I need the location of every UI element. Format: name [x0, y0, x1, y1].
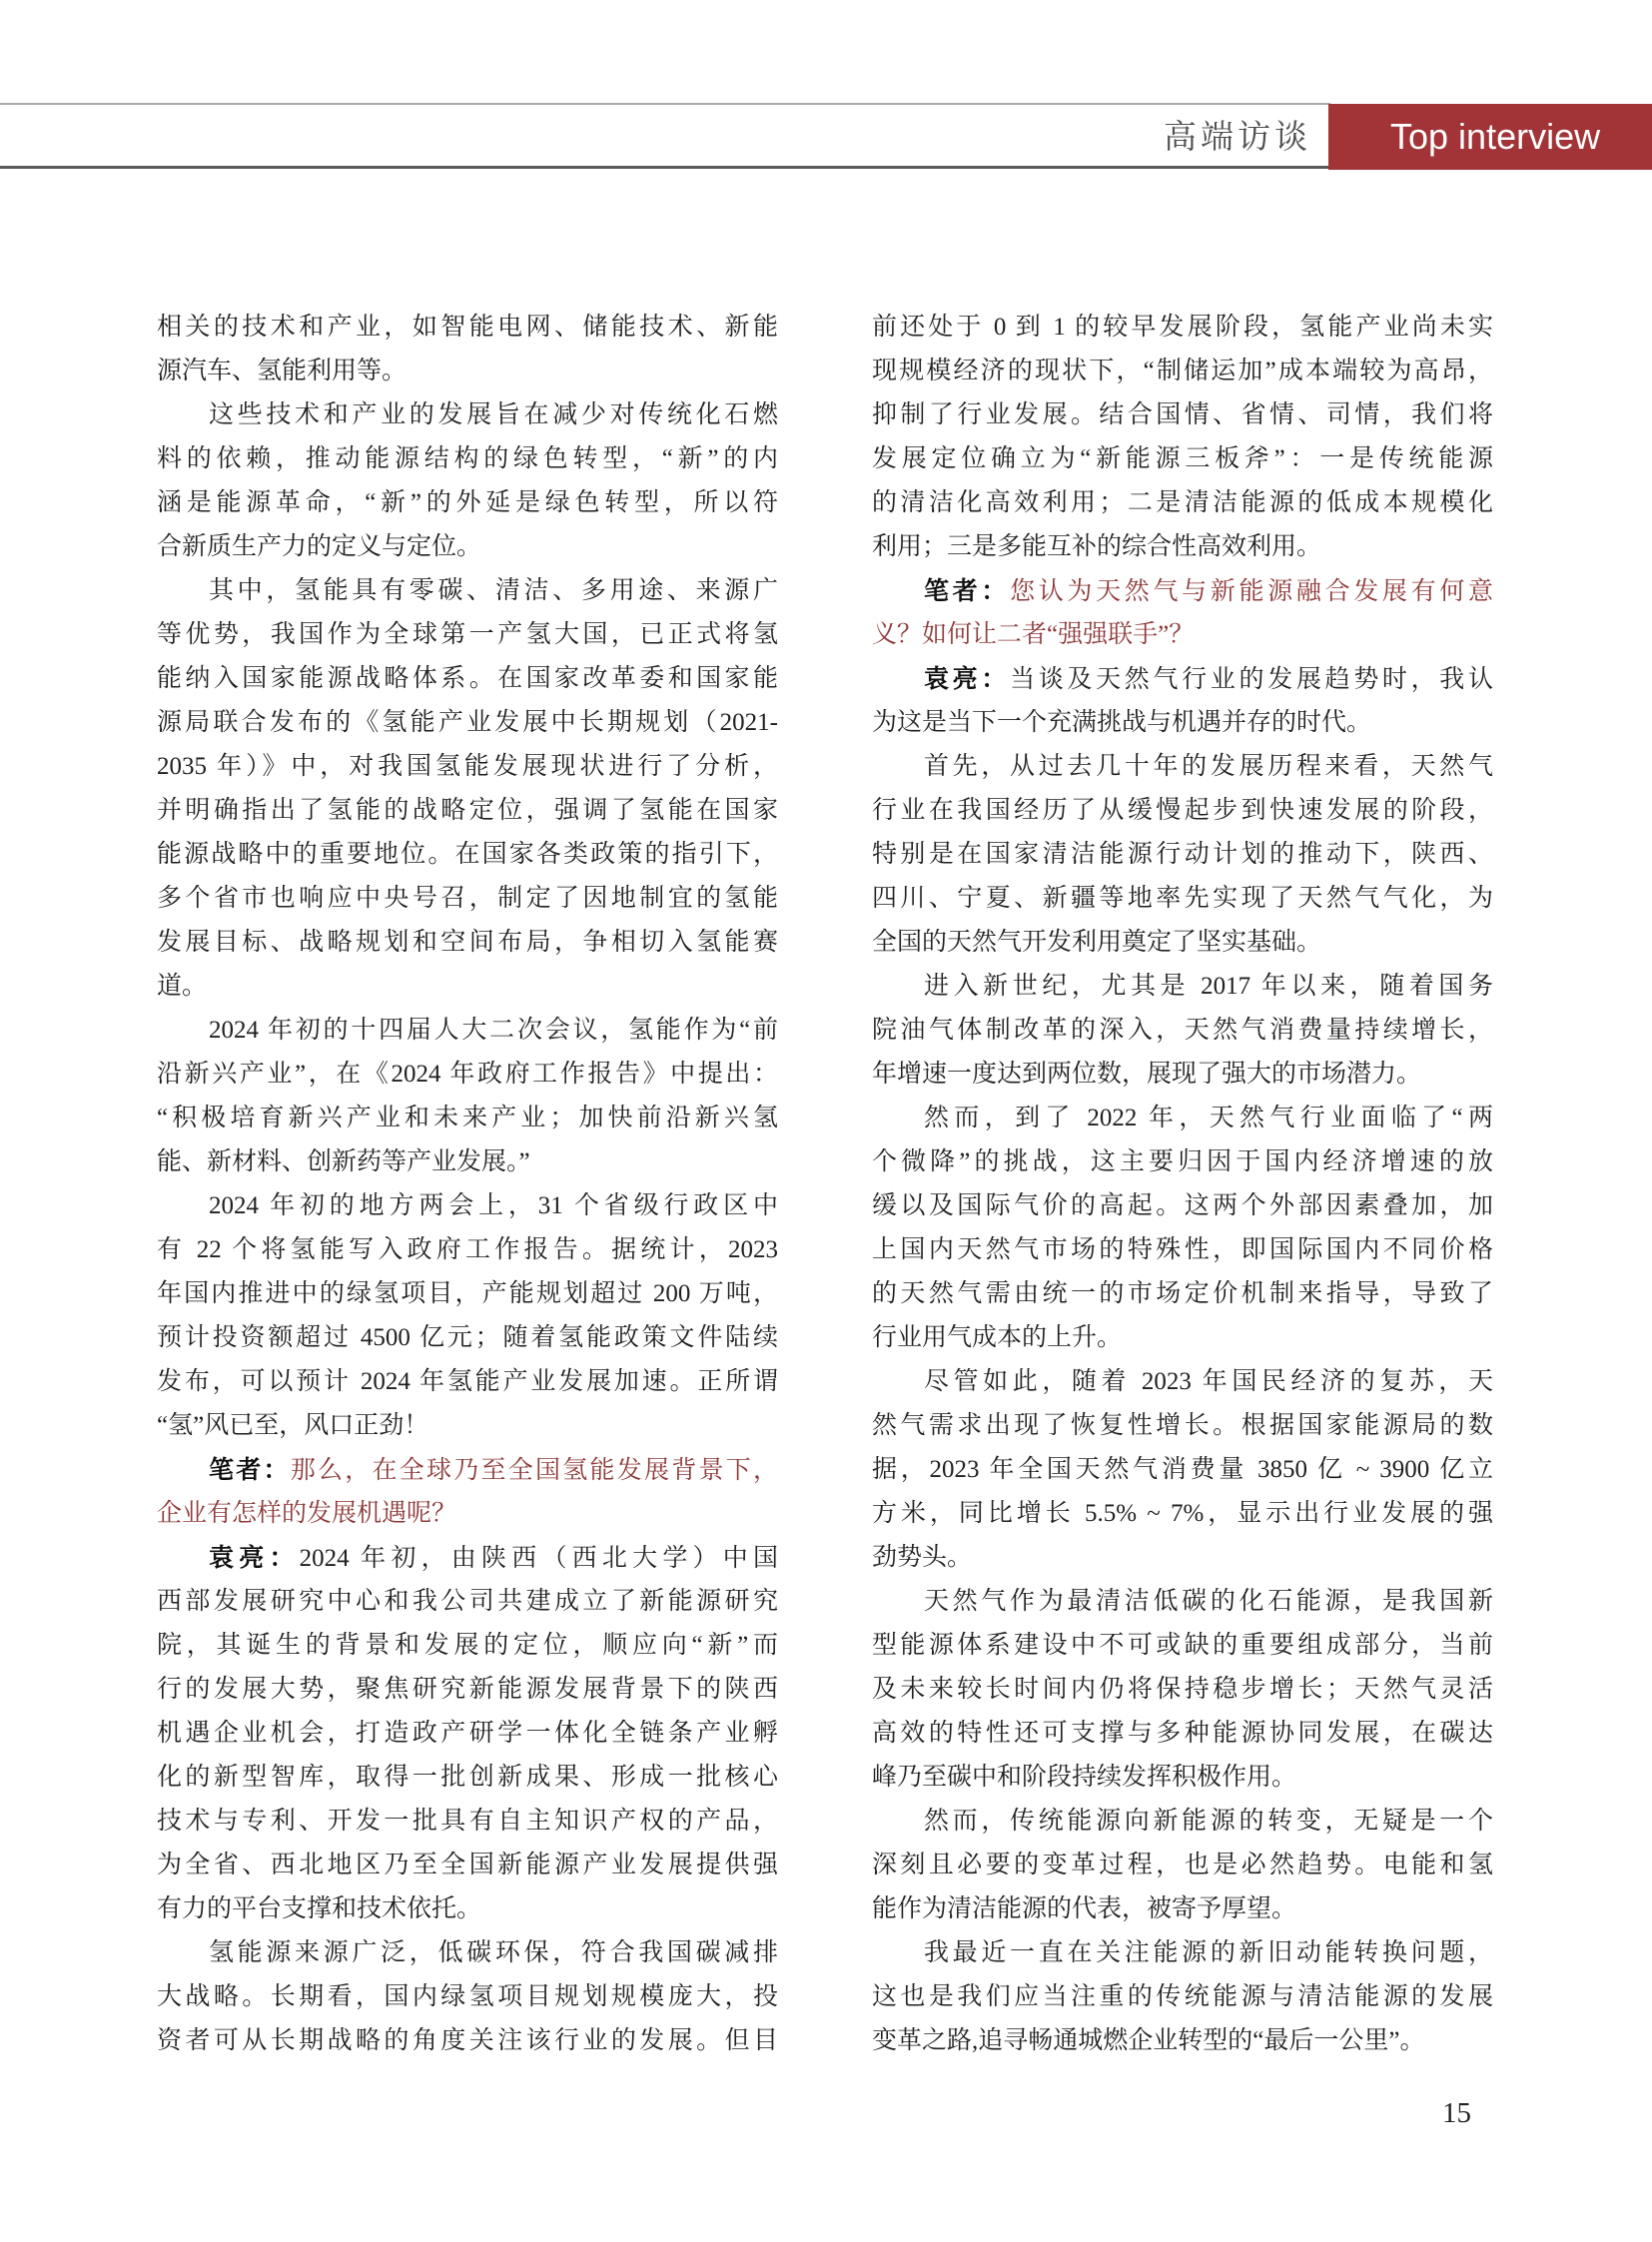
body-text: 院，其诞生的背景和发展的定位，顺应向“新”而 [157, 1632, 778, 1659]
text-line: 大战略。长期看，国内绿氢项目规划规模庞大，投 [157, 1975, 778, 2019]
text-line: 然而，到了 2022 年，天然气行业面临了“两 [872, 1097, 1493, 1140]
text-line: 行的发展大势，聚焦研究新能源发展背景下的陕西 [157, 1668, 778, 1712]
body-text: 行的发展大势，聚焦研究新能源发展背景下的陕西 [157, 1676, 778, 1703]
body-text: 尽管如此，随着 2023 年国民经济的复苏，天 [924, 1368, 1493, 1395]
text-line: 据，2023 年全国天然气消费量 3850 亿 ~ 3900 亿立 [872, 1448, 1493, 1492]
body-text: 西部发展研究中心和我公司共建成立了新能源研究 [157, 1588, 778, 1615]
body-text: 四川、宁夏、新疆等地率先实现了天然气气化，为 [872, 885, 1493, 912]
body-text: 化的新型智库，取得一批创新成果、形成一批核心 [157, 1764, 778, 1791]
body-text: 发展目标、战略规划和空间布局，争相切入氢能赛 [157, 929, 778, 956]
text-line: 前还处于 0 到 1 的较早发展阶段，氢能产业尚未实 [872, 306, 1493, 350]
text-line: 这也是我们应当注重的传统能源与清洁能源的发展 [872, 1975, 1493, 2019]
text-line: 机遇企业机会，打造政产研学一体化全链条产业孵 [157, 1712, 778, 1756]
body-text: 当谈及天然气行业的发展趋势时，我认 [1010, 666, 1493, 693]
text-line: 年国内推进中的绿氢项目，产能规划超过 200 万吨， [157, 1272, 778, 1316]
text-line: 缓以及国际气价的高起。这两个外部因素叠加，加 [872, 1184, 1493, 1228]
text-line: 义？如何让二者“强强联手”？ [872, 613, 1493, 657]
text-line: 2035 年）》中，对我国氢能发展现状进行了分析， [157, 745, 778, 789]
text-line: 能源战略中的重要地位。在国家各类政策的指引下， [157, 833, 778, 877]
body-text: “氢”风已至，风口正劲！ [157, 1412, 428, 1439]
text-line: 袁亮：2024 年初，由陕西（西北大学）中国 [157, 1536, 778, 1580]
body-text: 2024 年初的地方两会上，31 个省级行政区中 [209, 1192, 778, 1219]
text-line: 高效的特性还可支撑与多种能源协同发展，在碳达 [872, 1712, 1493, 1756]
body-text: 发展定位确立为“新能源三板斧”：一是传统能源 [872, 445, 1493, 472]
question-text: 您认为天然气与新能源融合发展有何意 [1010, 578, 1493, 605]
body-text: 个微降”的挑战，这主要归因于国内经济增速的放 [872, 1148, 1493, 1175]
text-line: 上国内天然气市场的特殊性，即国际国内不同价格 [872, 1228, 1493, 1272]
body-text: 首先，从过去几十年的发展历程来看，天然气 [924, 753, 1493, 780]
body-text: 有 22 个将氢能写入政府工作报告。据统计，2023 [157, 1236, 778, 1263]
body-text: 上国内天然气市场的特殊性，即国际国内不同价格 [872, 1236, 1493, 1263]
text-line: 全国的天然气开发利用奠定了坚实基础。 [872, 921, 1493, 965]
text-line: 现规模经济的现状下，“制储运加”成本端较为高昂， [872, 350, 1493, 393]
text-line: 氢能源来源广泛，低碳环保，符合我国碳减排 [157, 1931, 778, 1975]
text-line: 能作为清洁能源的代表，被寄予厚望。 [872, 1887, 1493, 1931]
body-text: 并明确指出了氢能的战略定位，强调了氢能在国家 [157, 797, 778, 824]
body-text: 道。 [157, 973, 207, 1000]
column-right: 前还处于 0 到 1 的较早发展阶段，氢能产业尚未实现规模经济的现状下，“制储运… [872, 306, 1493, 2063]
body-text: 其中，氢能具有零碳、清洁、多用途、来源广 [209, 577, 778, 604]
body-text: 方米，同比增长 5.5% ~ 7%，显示出行业发展的强 [872, 1500, 1493, 1527]
text-line: 峰乃至碳中和阶段持续发挥积极作用。 [872, 1756, 1493, 1800]
body-text: 的天然气需由统一的市场定价机制来指导，导致了 [872, 1280, 1493, 1307]
question-text: 那么，在全球乃至全国氢能发展背景下， [291, 1457, 778, 1484]
body-text: 年国内推进中的绿氢项目，产能规划超过 200 万吨， [157, 1280, 778, 1307]
text-line: 抑制了行业发展。结合国情、省情、司情，我们将 [872, 393, 1493, 437]
text-line: 预计投资额超过 4500 亿元；随着氢能政策文件陆续 [157, 1316, 778, 1360]
text-line: 资者可从长期战略的角度关注该行业的发展。但目 [157, 2019, 778, 2063]
body-text: 抑制了行业发展。结合国情、省情、司情，我们将 [872, 401, 1493, 428]
body-text: 行业在我国经历了从缓慢起步到快速发展的阶段， [872, 797, 1493, 824]
body-text: 峰乃至碳中和阶段持续发挥积极作用。 [872, 1764, 1296, 1791]
text-line: 的清洁化高效利用；二是清洁能源的低成本规模化 [872, 481, 1493, 525]
body-text: 年增速一度达到两位数，展现了强大的市场潜力。 [872, 1061, 1421, 1088]
body-text: 利用；三是多能互补的综合性高效利用。 [872, 533, 1321, 560]
text-line: 发展定位确立为“新能源三板斧”：一是传统能源 [872, 437, 1493, 481]
text-line: 为全省、西北地区乃至全国新能源产业发展提供强 [157, 1844, 778, 1887]
body-text: “积极培育新兴产业和未来产业；加快前沿新兴氢 [157, 1105, 778, 1131]
body-text: 源汽车、氢能利用等。 [157, 358, 407, 384]
text-line: 2024 年初的十四届人大二次会议，氢能作为“前 [157, 1009, 778, 1053]
text-line: 然而，传统能源向新能源的转变，无疑是一个 [872, 1800, 1493, 1844]
text-line: 个微降”的挑战，这主要归因于国内经济增速的放 [872, 1140, 1493, 1184]
text-line: 及未来较长时间内仍将保持稳步增长；天然气灵活 [872, 1668, 1493, 1712]
text-line: 利用；三是多能互补的综合性高效利用。 [872, 525, 1493, 569]
text-line: 行业用气成本的上升。 [872, 1316, 1493, 1360]
text-line: 院油气体制改革的深入，天然气消费量持续增长， [872, 1009, 1493, 1053]
text-line: 发展目标、战略规划和空间布局，争相切入氢能赛 [157, 921, 778, 965]
text-line: 这些技术和产业的发展旨在减少对传统化石燃 [157, 393, 778, 437]
text-line: 深刻且必要的变革过程，也是必然趋势。电能和氢 [872, 1844, 1493, 1887]
body-text: 我最近一直在关注能源的新旧动能转换问题， [924, 1939, 1493, 1966]
text-line: “氢”风已至，风口正劲！ [157, 1404, 778, 1448]
text-line: 有力的平台支撑和技术依托。 [157, 1887, 778, 1931]
body-text: 氢能源来源广泛，低碳环保，符合我国碳减排 [209, 1939, 778, 1966]
speaker-label: 袁亮： [924, 665, 1010, 693]
body-text: 能、新材料、创新药等产业发展。” [157, 1148, 530, 1175]
body-text: 这些技术和产业的发展旨在减少对传统化石燃 [209, 401, 778, 428]
body-text: 预计投资额超过 4500 亿元；随着氢能政策文件陆续 [157, 1324, 778, 1351]
header-rule-light [0, 103, 1330, 105]
text-line: 特别是在国家清洁能源行动计划的推动下，陕西、 [872, 833, 1493, 877]
body-text: 为全省、西北地区乃至全国新能源产业发展提供强 [157, 1852, 778, 1878]
speaker-label: 袁亮： [209, 1544, 300, 1572]
text-line: 料的依赖，推动能源结构的绿色转型，“新”的内 [157, 437, 778, 481]
text-line: 型能源体系建设中不可或缺的重要组成部分，当前 [872, 1624, 1493, 1668]
text-line: 技术与专利、开发一批具有自主知识产权的产品， [157, 1800, 778, 1844]
text-line: 袁亮：当谈及天然气行业的发展趋势时，我认 [872, 657, 1493, 701]
body-text: 深刻且必要的变革过程，也是必然趋势。电能和氢 [872, 1852, 1493, 1878]
text-line: 天然气作为最清洁低碳的化石能源，是我国新 [872, 1580, 1493, 1624]
text-line: 合新质生产力的定义与定位。 [157, 525, 778, 569]
text-line: 有 22 个将氢能写入政府工作报告。据统计，2023 [157, 1228, 778, 1272]
text-line: 化的新型智库，取得一批创新成果、形成一批核心 [157, 1756, 778, 1800]
body-text: 行业用气成本的上升。 [872, 1324, 1122, 1351]
text-line: “积极培育新兴产业和未来产业；加快前沿新兴氢 [157, 1097, 778, 1140]
text-line: 能纳入国家能源战略体系。在国家改革委和国家能 [157, 657, 778, 701]
section-title-en: Top interview [1328, 104, 1652, 170]
question-text: 企业有怎样的发展机遇呢？ [157, 1500, 456, 1527]
body-text: 能纳入国家能源战略体系。在国家改革委和国家能 [157, 665, 778, 692]
speaker-label: 笔者： [924, 577, 1010, 605]
body-text: 能作为清洁能源的代表，被寄予厚望。 [872, 1895, 1296, 1922]
text-line: 并明确指出了氢能的战略定位，强调了氢能在国家 [157, 789, 778, 833]
body-text: 机遇企业机会，打造政产研学一体化全链条产业孵 [157, 1720, 778, 1747]
text-line: 沿新兴产业”，在《2024 年政府工作报告》中提出： [157, 1053, 778, 1097]
body-text: 料的依赖，推动能源结构的绿色转型，“新”的内 [157, 445, 778, 472]
body-text: 进入新世纪，尤其是 2017 年以来，随着国务 [924, 973, 1493, 1000]
body-text: 有力的平台支撑和技术依托。 [157, 1895, 481, 1922]
text-line: 劲势头。 [872, 1536, 1493, 1580]
body-text: 资者可从长期战略的角度关注该行业的发展。但目 [157, 2027, 778, 2054]
text-line: 然气需求出现了恢复性增长。根据国家能源局的数 [872, 1404, 1493, 1448]
body-text: 涵是能源革命，“新”的外延是绿色转型，所以符 [157, 489, 778, 516]
speaker-label: 笔者： [209, 1456, 291, 1484]
body-text: 缓以及国际气价的高起。这两个外部因素叠加，加 [872, 1192, 1493, 1219]
magazine-page: 高端访谈 Top interview 相关的技术和产业，如智能电网、储能技术、新… [0, 0, 1652, 2242]
question-text: 义？如何让二者“强强联手”？ [872, 621, 1194, 648]
body-text: 天然气作为最清洁低碳的化石能源，是我国新 [924, 1588, 1493, 1615]
body-text: 2024 年初的十四届人大二次会议，氢能作为“前 [209, 1017, 778, 1044]
text-line: 道。 [157, 965, 778, 1009]
body-text: 沿新兴产业”，在《2024 年政府工作报告》中提出： [157, 1061, 778, 1088]
text-line: 我最近一直在关注能源的新旧动能转换问题， [872, 1931, 1493, 1975]
body-text: 然而，传统能源向新能源的转变，无疑是一个 [924, 1808, 1493, 1835]
text-line: 笔者：那么，在全球乃至全国氢能发展背景下， [157, 1448, 778, 1492]
text-line: 涵是能源革命，“新”的外延是绿色转型，所以符 [157, 481, 778, 525]
body-text: 型能源体系建设中不可或缺的重要组成部分，当前 [872, 1632, 1493, 1659]
text-line: 四川、宁夏、新疆等地率先实现了天然气气化，为 [872, 877, 1493, 921]
text-line: 发布，可以预计 2024 年氢能产业发展加速。正所谓 [157, 1360, 778, 1404]
text-line: 笔者：您认为天然气与新能源融合发展有何意 [872, 569, 1493, 613]
text-line: 首先，从过去几十年的发展历程来看，天然气 [872, 745, 1493, 789]
section-banner: Top interview [1328, 104, 1652, 170]
body-text: 然而，到了 2022 年，天然气行业面临了“两 [924, 1105, 1493, 1131]
text-line: 企业有怎样的发展机遇呢？ [157, 1492, 778, 1536]
text-line: 行业在我国经历了从缓慢起步到快速发展的阶段， [872, 789, 1493, 833]
body-text: 的清洁化高效利用；二是清洁能源的低成本规模化 [872, 489, 1493, 516]
body-text: 前还处于 0 到 1 的较早发展阶段，氢能产业尚未实 [872, 314, 1493, 341]
body-text: 2024 年初，由陕西（西北大学）中国 [300, 1545, 778, 1572]
body-text: 这也是我们应当注重的传统能源与清洁能源的发展 [872, 1983, 1493, 2010]
text-line: 的天然气需由统一的市场定价机制来指导，导致了 [872, 1272, 1493, 1316]
body-text: 高效的特性还可支撑与多种能源协同发展，在碳达 [872, 1720, 1493, 1747]
body-text: 大战略。长期看，国内绿氢项目规划规模庞大，投 [157, 1983, 778, 2010]
text-line: 尽管如此，随着 2023 年国民经济的复苏，天 [872, 1360, 1493, 1404]
body-text: 全国的天然气开发利用奠定了坚实基础。 [872, 929, 1321, 956]
text-line: 等优势，我国作为全球第一产氢大国，已正式将氢 [157, 613, 778, 657]
text-line: 相关的技术和产业，如智能电网、储能技术、新能 [157, 306, 778, 350]
page-number: 15 [1442, 2097, 1471, 2130]
body-text: 多个省市也响应中央号召，制定了因地制宜的氢能 [157, 885, 778, 912]
body-text: 为这是当下一个充满挑战与机遇并存的时代。 [872, 709, 1371, 736]
body-text: 现规模经济的现状下，“制储运加”成本端较为高昂， [872, 358, 1493, 384]
text-line: 方米，同比增长 5.5% ~ 7%，显示出行业发展的强 [872, 1492, 1493, 1536]
body-text: 技术与专利、开发一批具有自主知识产权的产品， [157, 1808, 778, 1835]
text-line: 其中，氢能具有零碳、清洁、多用途、来源广 [157, 569, 778, 613]
body-text: 劲势头。 [872, 1544, 972, 1571]
body-text: 然气需求出现了恢复性增长。根据国家能源局的数 [872, 1412, 1493, 1439]
text-line: 院，其诞生的背景和发展的定位，顺应向“新”而 [157, 1624, 778, 1668]
text-line: 西部发展研究中心和我公司共建成立了新能源研究 [157, 1580, 778, 1624]
section-title-zh: 高端访谈 [1164, 104, 1311, 170]
text-line: 年增速一度达到两位数，展现了强大的市场潜力。 [872, 1053, 1493, 1097]
body-text: 发布，可以预计 2024 年氢能产业发展加速。正所谓 [157, 1368, 778, 1395]
body-text: 能源战略中的重要地位。在国家各类政策的指引下， [157, 841, 778, 868]
body-text: 合新质生产力的定义与定位。 [157, 533, 481, 560]
text-line: 变革之路,追寻畅通城燃企业转型的“最后一公里”。 [872, 2019, 1493, 2063]
column-left: 相关的技术和产业，如智能电网、储能技术、新能源汽车、氢能利用等。这些技术和产业的… [157, 306, 778, 2063]
body-text: 特别是在国家清洁能源行动计划的推动下，陕西、 [872, 841, 1493, 868]
body-text: 及未来较长时间内仍将保持稳步增长；天然气灵活 [872, 1676, 1493, 1703]
body-text: 2035 年）》中，对我国氢能发展现状进行了分析， [157, 753, 778, 780]
text-line: 为这是当下一个充满挑战与机遇并存的时代。 [872, 701, 1493, 745]
body-text: 变革之路,追寻畅通城燃企业转型的“最后一公里”。 [872, 2027, 1424, 2054]
text-line: 源局联合发布的《氢能产业发展中长期规划（2021- [157, 701, 778, 745]
text-line: 能、新材料、创新药等产业发展。” [157, 1140, 778, 1184]
text-line: 进入新世纪，尤其是 2017 年以来，随着国务 [872, 965, 1493, 1009]
text-line: 多个省市也响应中央号召，制定了因地制宜的氢能 [157, 877, 778, 921]
body-text: 据，2023 年全国天然气消费量 3850 亿 ~ 3900 亿立 [872, 1456, 1493, 1483]
body-text: 源局联合发布的《氢能产业发展中长期规划（2021- [157, 709, 778, 736]
body-text: 相关的技术和产业，如智能电网、储能技术、新能 [157, 314, 778, 341]
text-line: 2024 年初的地方两会上，31 个省级行政区中 [157, 1184, 778, 1228]
body-text: 院油气体制改革的深入，天然气消费量持续增长， [872, 1017, 1493, 1044]
body-text: 等优势，我国作为全球第一产氢大国，已正式将氢 [157, 621, 778, 648]
text-line: 源汽车、氢能利用等。 [157, 350, 778, 393]
